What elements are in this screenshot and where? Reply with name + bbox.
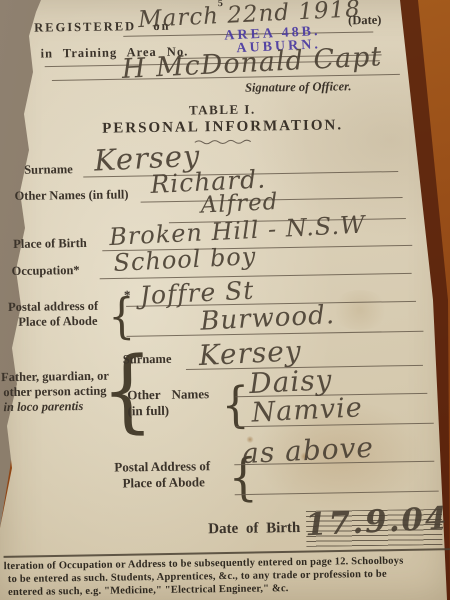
postal-address-label-2: Place of Abode [18, 314, 97, 330]
surname-label: Surname [24, 162, 73, 178]
page-content: 5 REGISTERED on March 22nd 1918 (Date) A… [0, 0, 450, 600]
postal-address-label-1: Postal address of [8, 299, 98, 315]
occupation-handwriting: School boy [113, 242, 257, 277]
date-of-birth-handwriting: 17.9.04 [304, 500, 449, 543]
occupation-label: Occupation* [11, 263, 79, 279]
postal-address-asterisk: * [124, 287, 131, 303]
guardian-other-names-label-1: Other Names [127, 386, 209, 403]
photo-of-registration-document: 5 REGISTERED on March 22nd 1918 (Date) A… [0, 0, 450, 600]
guardian-other-names-handwriting-2: Namvie [251, 392, 364, 428]
wavy-underline [194, 139, 256, 146]
guardian-postal-address-label-2: Place of Abode [122, 474, 205, 491]
other-names-handwriting-2: Alfred [200, 189, 279, 219]
guardian-label-2: other person acting [3, 384, 106, 400]
guardian-label-3: in loco parentis [3, 399, 83, 415]
date-suffix-label: (Date) [348, 13, 382, 28]
place-of-birth-label: Place of Birth [13, 236, 87, 252]
signature-of-officer-label: Signature of Officer. [245, 79, 352, 95]
guardian-other-names-label-2: (in full) [127, 403, 169, 420]
date-of-birth-label: Date of Birth [208, 520, 300, 538]
guardian-address-handwriting: as above [241, 431, 374, 470]
other-names-label: Other Names (in full) [14, 187, 128, 204]
guardian-address-line2 [235, 491, 439, 496]
address-handwriting-2: Burwood. [200, 300, 336, 337]
guardian-postal-address-label-1: Postal Address of [114, 458, 210, 475]
footnote-line-3: entered as such, e.g. "Medicine," "Elect… [8, 583, 289, 598]
guardian-label-1: Father, guardian, or [1, 369, 109, 386]
guardian-surname-label: Surname [123, 352, 172, 368]
